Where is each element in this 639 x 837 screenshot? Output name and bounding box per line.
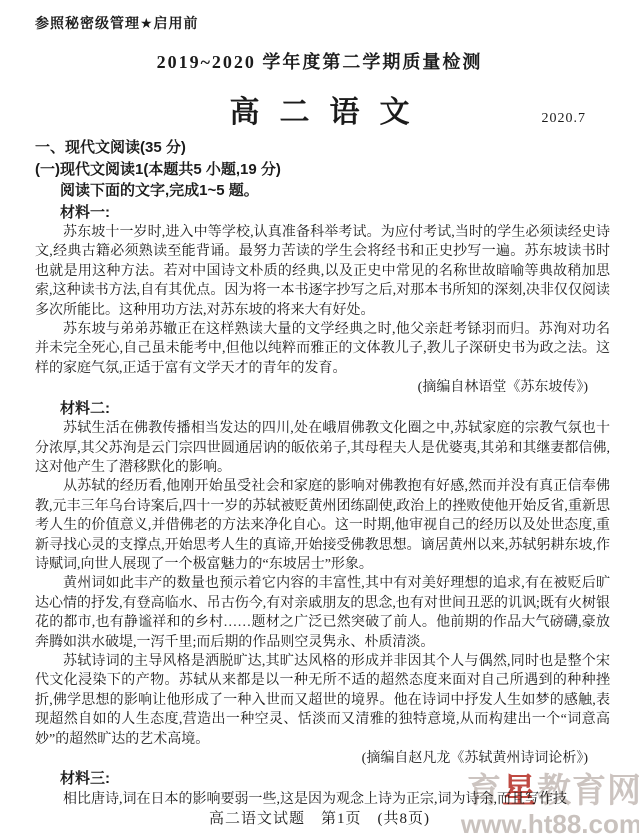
footer-doc-title: 高二语文试题	[209, 811, 305, 827]
reading-instruction: 阅读下面的文字,完成1~5 题。	[35, 180, 610, 202]
security-notice: 参照秘密级管理★启用前	[35, 13, 199, 33]
section-heading: 一、现代文阅读(35 分)	[35, 137, 610, 159]
exam-date: 2020.7	[542, 111, 587, 127]
material-1-paragraph-1: 苏东坡十一岁时,进入中等学校,认真准备科举考试。为应付考试,当时的学生必须读经史…	[35, 223, 610, 320]
material-2-paragraph-1: 苏轼生活在佛教传播相当发达的四川,处在峨眉佛教文化圈之中,苏轼家庭的宗教气氛也十…	[35, 419, 610, 477]
subsection-heading: (一)现代文阅读1(本题共5 小题,19 分)	[35, 159, 610, 181]
exam-body: 一、现代文阅读(35 分) (一)现代文阅读1(本题共5 小题,19 分) 阅读…	[35, 137, 610, 809]
material-3-label: 材料三:	[35, 768, 610, 790]
material-2-paragraph-4: 苏轼诗词的主导风格是洒脱旷达,其旷达风格的形成并非因其个人与偶然,同时也是整个宋…	[35, 652, 610, 749]
exam-session-title: 2019~2020 学年度第二学期质量检测	[0, 48, 639, 74]
material-2-label: 材料二:	[35, 398, 610, 420]
footer-page-number: 第1页	[321, 811, 362, 827]
material-3-paragraph-1: 相比唐诗,词在日本的影响要弱一些,这是因为观念上诗为正宗,词为诗余,而且写作技	[35, 790, 610, 809]
material-1-paragraph-2: 苏东坡与弟弟苏辙正在这样熟读大量的文学经典之时,他父亲赶考铩羽而归。苏洵对功名并…	[35, 320, 610, 378]
exam-paper-page: 育星教育网 www.ht88.com 参照秘密级管理★启用前 2019~2020…	[0, 0, 639, 837]
material-2-attribution: (摘编自赵凡龙《苏轼黄州诗词论析》)	[35, 749, 610, 768]
footer-page-total: (共8页)	[378, 811, 431, 827]
page-footer: 高二语文试题第1页(共8页)	[0, 807, 639, 828]
material-1-attribution: (摘编自林语堂《苏东坡传》)	[35, 378, 610, 397]
material-2-paragraph-3: 黄州词如此丰产的数量也预示着它内容的丰富性,其中有对美好理想的追求,有在被贬后旷…	[35, 574, 610, 652]
material-2-paragraph-2: 从苏轼的经历看,他刚开始虽受社会和家庭的影响对佛教抱有好感,然而并没有真正信奉佛…	[35, 477, 610, 574]
material-1-label: 材料一:	[35, 202, 610, 224]
